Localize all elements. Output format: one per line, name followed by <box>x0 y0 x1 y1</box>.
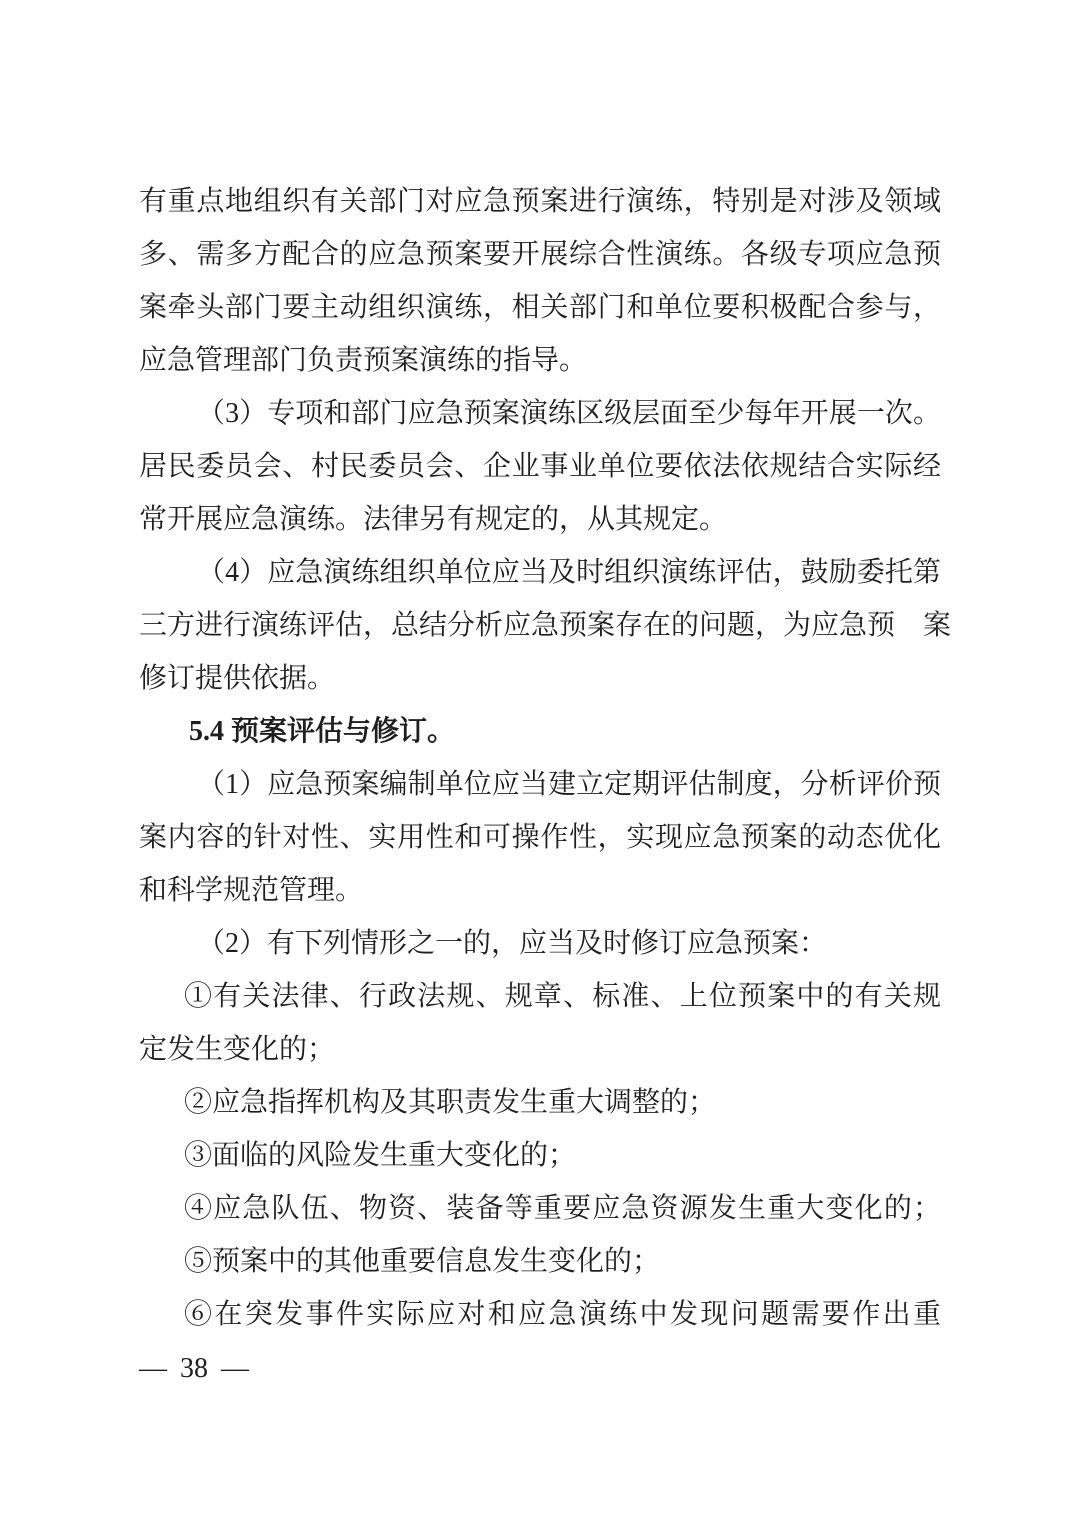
text-line: （2）有下列情形之一的，应当及时修订应急预案： <box>139 917 941 970</box>
section-heading: 5.4 预案评估与修订。 <box>139 705 941 758</box>
list-item-line: ⑥在突发事件实际应对和应急演练中发现问题需要作出重 <box>139 1288 941 1341</box>
text-line: （1）应急预案编制单位应当建立定期评估制度，分析评价预 <box>139 758 941 811</box>
document-body: 有重点地组织有关部门对应急预案进行演练，特别是对涉及领域 多、需多方配合的应急预… <box>139 175 941 1341</box>
text-line: 有重点地组织有关部门对应急预案进行演练，特别是对涉及领域 <box>139 175 941 228</box>
text-line: 案牵头部门要主动组织演练，相关部门和单位要积极配合参与， <box>139 281 941 334</box>
page-footer: — 38 — <box>139 1342 249 1395</box>
text-line: 三方进行演练评估，总结分析应急预案存在的问题，为应急预 案 <box>139 599 941 652</box>
document-page: 有重点地组织有关部门对应急预案进行演练，特别是对涉及领域 多、需多方配合的应急预… <box>0 0 1074 1520</box>
list-item-line: ③面临的风险发生重大变化的； <box>139 1129 941 1182</box>
text-line: 多、需多方配合的应急预案要开展综合性演练。各级专项应急预 <box>139 228 941 281</box>
text-line: 修订提供依据。 <box>139 652 941 705</box>
list-item-line: ②应急指挥机构及其职责发生重大调整的； <box>139 1076 941 1129</box>
text-line: 居民委员会、村民委员会、企业事业单位要依法依规结合实际经 <box>139 440 941 493</box>
list-item-line: ⑤预案中的其他重要信息发生变化的； <box>139 1235 941 1288</box>
text-line: 常开展应急演练。法律另有规定的，从其规定。 <box>139 493 941 546</box>
list-item-line: 定发生变化的； <box>139 1023 941 1076</box>
text-line: 应急管理部门负责预案演练的指导。 <box>139 334 941 387</box>
list-item-line: ①有关法律、行政法规、规章、标准、上位预案中的有关规 <box>139 970 941 1023</box>
page-number: — 38 — <box>139 1353 249 1384</box>
text-line: 案内容的针对性、实用性和可操作性，实现应急预案的动态优化 <box>139 811 941 864</box>
text-line: （3）专项和部门应急预案演练区级层面至少每年开展一次。 <box>139 387 941 440</box>
text-line: （4）应急演练组织单位应当及时组织演练评估，鼓励委托第 <box>139 546 941 599</box>
text-line: 和科学规范管理。 <box>139 864 941 917</box>
list-item-line: ④应急队伍、物资、装备等重要应急资源发生重大变化的； <box>139 1182 941 1235</box>
